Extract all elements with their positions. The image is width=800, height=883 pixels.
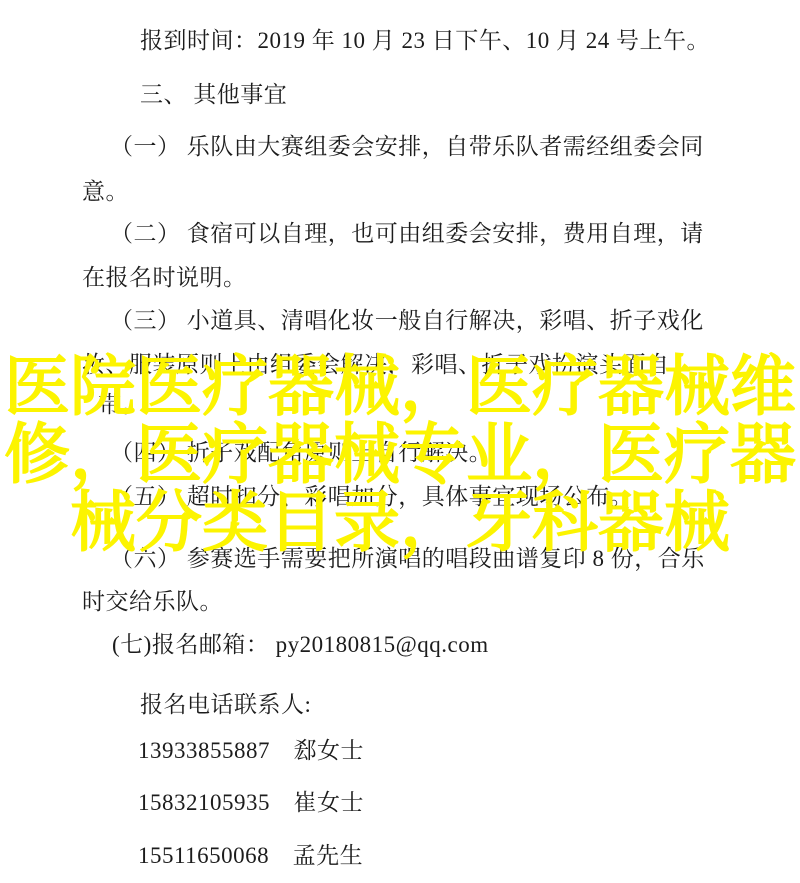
document-line: 15511650068 孟先生	[138, 843, 363, 869]
document-line: （二） 食宿可以自理，也可由组委会安排，费用自理，请	[110, 221, 704, 247]
document-line: （六） 参赛选手需要把所演唱的唱段曲谱复印 8 份，合乐	[110, 546, 705, 572]
document-line: （一） 乐队由大赛组委会安排，自带乐队者需经组委会同	[110, 134, 704, 160]
document-line: 报名电话联系人:	[140, 692, 311, 718]
document-line: （四） 折子戏配角原则上自行解决。	[110, 440, 492, 466]
document-line: （五） 超时扣分、彩唱加分，具体事宜现场公布。	[110, 484, 633, 510]
document-line: 13933855887 郄女士	[138, 738, 364, 764]
document-line: 报到时间：2019 年 10 月 23 日下午、10 月 24 号上午。	[140, 28, 710, 54]
document-line: （三） 小道具、清唱化妆一般自行解决，彩唱、折子戏化	[110, 308, 704, 334]
document-line: 妆、服装原则上由组委会解决，彩唱、折子戏扮演头面自	[82, 352, 670, 378]
document-page: 报到时间：2019 年 10 月 23 日下午、10 月 24 号上午。三、 其…	[0, 0, 800, 883]
document-line: 带。	[98, 392, 145, 418]
document-line: (七)报名邮箱： py20180815@qq.com	[112, 632, 489, 658]
document-line: 意。	[82, 179, 129, 205]
document-line: 在报名时说明。	[82, 265, 247, 291]
document-line: 三、 其他事宜	[140, 82, 287, 108]
document-line: 时交给乐队。	[82, 589, 223, 615]
document-line: 15832105935 崔女士	[138, 790, 364, 816]
